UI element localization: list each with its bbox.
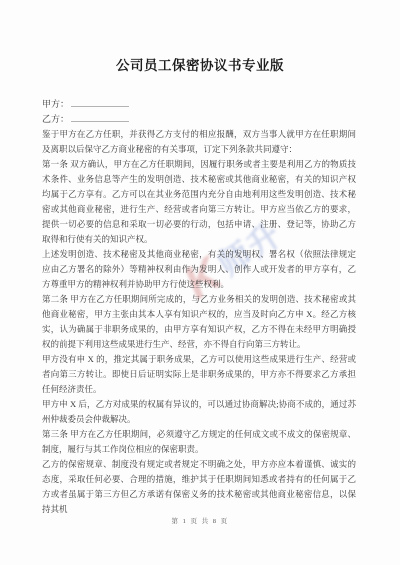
document-page: K 师升 公司员工保密协议书专业版 甲方： 乙方： 鉴于甲方在乙方任职，并获得乙… bbox=[0, 0, 400, 565]
page-number-indicator: 第 1 页 共 8 页 bbox=[0, 516, 400, 525]
paragraph-clause-2-sub1: 甲方没有申 X 的，推定其属于职务成果，乙方可以使用这些成果进行生产、经营或者向… bbox=[42, 352, 356, 397]
party-b-label: 乙方： bbox=[42, 114, 69, 124]
document-body: 甲方： 乙方： 鉴于甲方在乙方任职，并获得乙方支付的相应报酬，双方当事人就甲方在… bbox=[0, 74, 400, 517]
party-b-line: 乙方： bbox=[42, 112, 356, 127]
party-a-line: 甲方： bbox=[42, 97, 356, 112]
party-b-blank-field bbox=[71, 113, 129, 122]
paragraph-clause-1-sub: 上述发明创造、技术秘密及其他商业秘密，有关的发明权、署名权（依照法律规定应由乙方… bbox=[42, 247, 356, 292]
paragraph-clause-2-sub2: 甲方申 X 后，乙方对成果的权属有异议的，可以通过协商解决;协商不成的，通过苏州… bbox=[42, 397, 356, 427]
paragraph-preamble: 鉴于甲方在乙方任职，并获得乙方支付的相应报酬，双方当事人就甲方在任职期间及离职以… bbox=[42, 127, 356, 157]
paragraph-clause-1: 第一条 双方确认，甲方在乙方任职期间，因履行职务或者主要是利用乙方的物质技术条件… bbox=[42, 157, 356, 247]
agreement-text: 鉴于甲方在乙方任职，并获得乙方支付的相应报酬，双方当事人就甲方在任职期间及离职以… bbox=[42, 127, 356, 517]
paragraph-clause-3: 第三条 甲方在乙方任职期间，必须遵守乙方规定的任何成文或不成文的保密规章、制度，… bbox=[42, 427, 356, 457]
party-a-blank-field bbox=[71, 98, 129, 107]
paragraph-clause-2: 第二条 甲方在乙方任职期间所完成的，与乙方业务相关的发明创造、技术秘密或其他商业… bbox=[42, 292, 356, 352]
party-a-label: 甲方： bbox=[42, 99, 69, 109]
paragraph-clause-3-sub: 乙方的保密规章、制度没有规定或者规定不明确之处，甲方亦应本着谨慎、诚实的态度，采… bbox=[42, 457, 356, 517]
document-title: 公司员工保密协议书专业版 bbox=[0, 0, 400, 74]
